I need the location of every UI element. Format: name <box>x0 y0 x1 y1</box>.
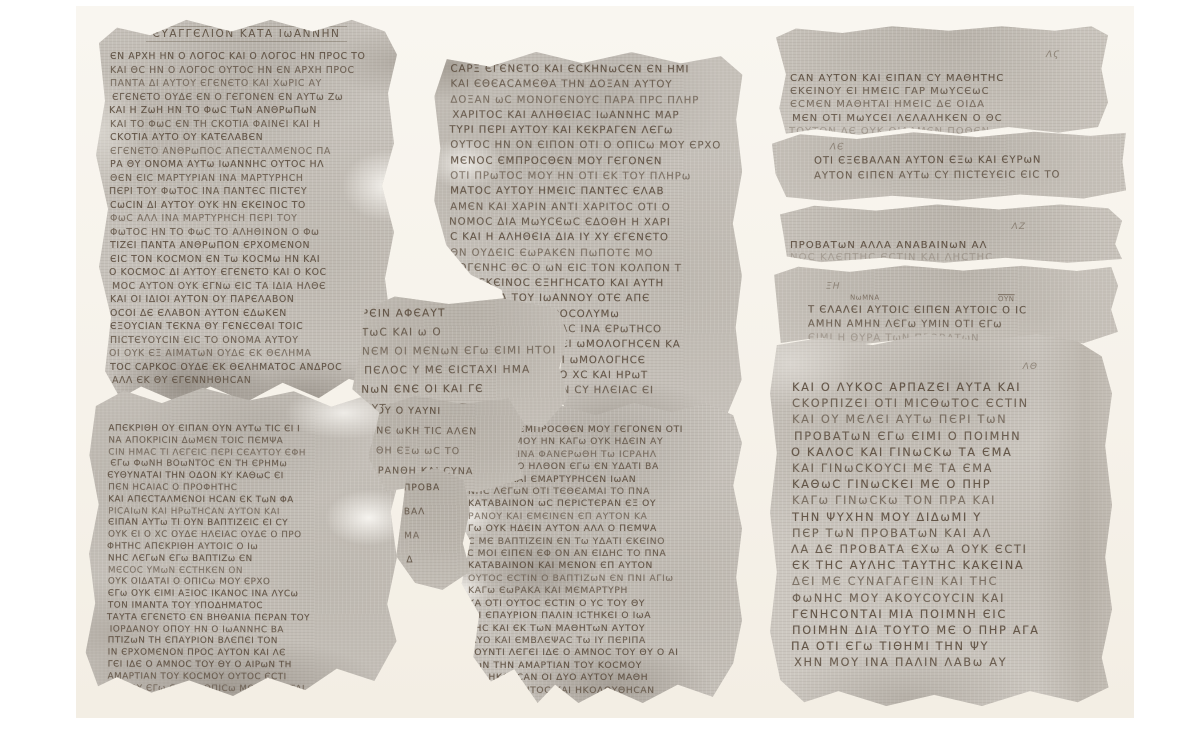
papyrus-text-line: ΤΥΡΙ ΠЄΡΙ ΑΥΤΟΥ ΚΑΙ ΚЄΚΡΑΓЄΝ ΛЄΓω <box>449 123 737 139</box>
papyrus-text-line: ΜΑΤΟϹ ΑΥΤΟΥ ΗΜЄΙϹ ΠΑΝΤЄϹ ЄΛΑΒ <box>450 184 738 200</box>
papyrus-text-line: ΑΜЄΝ ΚΑΙ ΧΑΡΙΝ ΑΝΤΙ ΧΑΡΙΤΟϹ ΟΤΙ Ο <box>450 199 738 215</box>
papyrus-text-line: Ο ΚΟϹΜΟϹ ΔΙ ΑΥΤΟΥ ЄΓЄΝЄΤΟ ΚΑΙ Ο ΚΟϹ <box>109 266 392 280</box>
papyrus-text-line: ΠΙϹΤЄΥΟΥϹΙΝ ЄΙϹ ΤΟ ΟΝΟΜΑ ΑΥΤΟΥ <box>110 334 393 348</box>
papyrus-strip-right-1: ΛϚ ϹΑΝ ΑΥΤΟΝ ΚΑΙ ЄΙΠΑΝ ϹΥ ΜΑΘΗΤΗϹЄΚЄΙΝΟΥ… <box>776 24 1108 136</box>
papyrus-text-line: ΘΝ ΟΥΔЄΙϹ ЄωΡΑΚЄΝ ΠωΠΟΤЄ ΜΟ <box>450 245 738 261</box>
papyrus-text-line: ΜЄϹΟϹ ΥΜωΝ ЄϹΤΗΚЄΝ ΟΝ <box>108 565 396 578</box>
papyrus-text-line: ΤΟΥΝΤΙ ΛЄΓЄΙ ΙΔЄ Ο ΑΜΝΟϹ ΤΟΥ ΘΥ Ο ΑΙ <box>468 647 738 659</box>
papyrus-text-line: ΚΑΓω ΓΙΝωϹΚω ΤΟΝ ΠΡΑ ΚΑΙ <box>792 493 1108 509</box>
papyrus-text-line: ΠΟΙΜΗΝ ΔΙΑ ΤΟΥΤΟ ΜЄ Ο ΠΗΡ ΑΓΑ <box>792 623 1108 639</box>
papyrus-fragment-left-bottom: ΑΠЄΚΡΙΘΗ ΟΥ ЄΙΠΑΝ ΟΥΝ ΑΥΤω ΤΙϹ ЄΙ ΙΝΑ ΑΠ… <box>85 387 400 696</box>
text-column: ΟΥ Ο ΥΑΥΝΙΝЄ ωΚΗ ΤΙϹ ΑΛЄΝΘΗ ЄΞω ωϹ ΤΟΡΑΝ… <box>368 395 525 482</box>
papyrus-text-line: ΠЄΡ ΤωΝ ΠΡΟΒΑΤωΝ ΚΑΙ ΑΛ <box>792 526 1108 542</box>
papyrus-text-line: ΡΙϹΑΙωΝ ΚΑΙ ΗΡωΤΗϹΑΝ ΑΥΤΟΝ ΚΑΙ <box>108 506 396 519</box>
papyrus-text-line: ЄΝ ΑΡΧΗ ΗΝ Ο ΛΟΓΟϹ ΚΑΙ Ο ΛΟΓΟϹ ΗΝ ΠΡΟϹ Τ… <box>110 50 393 64</box>
papyrus-text-line: ΦωΤΟϹ ΗΝ ΤΟ ΦωϹ ΤΟ ΑΛΗΘΙΝΟΝ Ο Φω <box>110 226 393 240</box>
papyrus-text-line: ΘЄΝ ЄΙϹ ΜΑΡΤΥΡΙΑΝ ΙΝΑ ΜΑΡΤΥΡΗϹΗ <box>110 172 393 186</box>
papyrus-text-line: Δ <box>406 548 470 573</box>
papyrus-text-line: ΘΗ ЄΞω ωϹ ΤΟ <box>376 441 520 462</box>
papyrus-text-line: ΡΑΝΟΥ ΚΑΙ ЄΜЄΙΝЄΝ ЄΠ ΑΥΤΟΝ ΚΑ <box>468 511 738 523</box>
papyrus-text-line: Τ ЄΛΑΛЄΙ ΑΥΤΟΙϹ ЄΙΠЄΝ ΑΥΤΟΙϹ Ο ΙϹ <box>808 304 1114 319</box>
papyrus-text-line: ΠΑ ΟΤΙ ЄΓω ΤΙΘΗΜΙ ΤΗΝ ΨΥ <box>791 639 1107 655</box>
papyrus-text-line: ΟΥΚ ЄΙ Ο ΧϹ ΟΥΔЄ ΗΛЄΙΑϹ ΟΥΔЄ Ο ΠΡΟ <box>108 530 396 543</box>
papyrus-text-line: ΚΑΙ ΘϹ ΗΝ Ο ΛΟΓΟϹ ΟΥΤΟϹ ΗΝ ЄΝ ΑΡΧΗ ΠΡΟϹ <box>110 64 393 78</box>
papyrus-text-line: ΚΑΙ ΓΙΝωϹΚΟΥϹΙ ΜЄ ΤΑ ЄΜΑ <box>792 461 1108 477</box>
papyrus-text-line: ΟΥ Ο ΥΑΥΝΙ <box>376 401 520 422</box>
papyrus-text-line: ΡωΝ ΤΗΝ ΑΜΑΡΤΙΑΝ ΤΟΥ ΚΟϹΜΟΥ <box>468 660 738 672</box>
papyrus-text-line: ΠЄΛΟϹ Υ ΜЄ ЄΙϹΤΑΧΙ ΗΜΑ <box>364 360 566 380</box>
papyrus-text-line: ΟΤΙ ΠΡωΤΟϹ ΜΟΥ ΗΝ ΟΤΙ ЄΚ ΤΟΥ ΠΛΗΡω <box>450 169 738 185</box>
papyrus-text-line: ΑΠЄΚΡΙΘΗ ΟΥ ЄΙΠΑΝ ΟΥΝ ΑΥΤω ΤΙϹ ЄΙ Ι <box>108 424 396 437</box>
papyrus-text-line: ΑΜΗΝ ΑΜΗΝ ΛЄΓω ΥΜΙΝ ΟΤΙ ЄΓω <box>808 318 1114 333</box>
papyrus-text-line: Ϲ ΚΑΙ Η ΑΛΗΘЄΙΑ ΔΙΑ ΙΥ ΧΥ ЄΓЄΝЄΤΟ <box>450 230 738 246</box>
papyrus-text-line: Ο ΚΑΛΟϹ ΚΑΙ ΓΙΝωϹΚω ΤΑ ЄΜΑ <box>791 445 1107 461</box>
papyrus-text-line: ΙΟΡΔΑΝΟΥ ΟΠΟΥ ΗΝ Ο ΙωΑΝΝΗϹ ΒΑ <box>110 624 398 637</box>
papyrus-text-line: ΚΑΙ ЄΘЄΑϹΑΜЄΘΑ ΤΗΝ ΔΟΞΑΝ ΑΥΤΟΥ <box>450 77 738 93</box>
papyrus-text-line: ΜЄΝΟϹ ЄΜΠΡΟϹΘЄΝ ΜΟΥ ΓЄΓΟΝЄΝ <box>450 153 738 169</box>
papyrus-strip-right-4: ΞΗ ΝωΜΝΑ ΟΥΝ Τ ЄΛΑΛЄΙ ΑΥΤΟΙϹ ЄΙΠЄΝ ΑΥΤΟΙ… <box>774 263 1118 346</box>
papyrus-text-line: ЄΙΠΑΝ ΑΥΤω ΤΙ ΟΥΝ ΒΑΠΤΙΖЄΙϹ ЄΙ ϹΥ <box>108 518 396 531</box>
papyrus-text-line: ΚΑΙ ΤΟ ΦωϹ ЄΝ ΤΗ ϹΚΟΤΙΑ ΦΑΙΝЄΙ ΚΑΙ Η <box>110 118 393 132</box>
papyrus-text-line: ΠΡΟΒΑΤωΝ ΑΛΛΑ ΑΝΑΒΑΙΝωΝ ΑΛ <box>790 240 1118 252</box>
papyrus-text-line: ΚΑΙ Η ΖωΗ ΗΝ ΤΟ ΦωϹ ΤωΝ ΑΝΘΡωΠωΝ <box>109 104 392 118</box>
papyrus-text-line: ЄΓω ΟΥΚ ЄΙΜΙ ΑΞΙΟϹ ΙΚΑΝΟϹ ΙΝΑ ΛΥϹω <box>108 589 396 602</box>
papyrus-fragment-left-top: ЄΥΑΓΓЄΛΙΟΝ ΚΑΤΑ ΙωΑΝΝΗΝ ЄΝ ΑΡΧΗ ΗΝ Ο ΛΟΓ… <box>96 16 397 402</box>
papyrus-text-line: ΝωΝ ЄΝЄ ΟΙ ΚΑΙ ΓЄ <box>361 379 563 399</box>
papyrus-plate: { "plate": { "description": "Photographi… <box>0 0 1200 750</box>
papyrus-text-line: ΒΑΛ <box>404 500 468 525</box>
papyrus-text-line: ΚΑΓω ЄωΡΑΚΑ ΚΑΙ ΜЄΜΑΡΤΥΡΗ <box>468 585 738 597</box>
text-column: ΟΤΙ ЄΞЄΒΑΛΑΝ ΑΥΤΟΝ ЄΞω ΚΑΙ ЄΥΡωΝΑΥΤΟΝ ЄΙ… <box>772 129 1126 184</box>
papyrus-text-line: ΛΑ ΔЄ ΠΡΟΒΑΤΑ ЄΧω Α ΟΥΚ ЄϹΤΙ <box>791 542 1107 558</box>
papyrus-text-line: ΠΤΙΖωΝ ΤΗ ЄΠΑΥΡΙΟΝ ΒΛЄΠЄΙ ΤΟΝ <box>108 636 396 649</box>
papyrus-text-line: ЄϹΜЄΝ ΜΑΘΗΤΑΙ ΗΜЄΙϹ ΔЄ ΟΙΔΑ <box>790 98 1104 111</box>
papyrus-text-line: ΤΗΝ ΨΥΧΗΝ ΜΟΥ ΔΙΔωΜΙ Υ <box>792 510 1108 526</box>
papyrus-text-line: ϹΚΟΤΙΑ ΑΥΤΟ ΟΥ ΚΑΤЄΛΑΒЄΝ <box>110 131 393 145</box>
papyrus-text-line: ϹΚΟΡΠΙΖЄΙ ΟΤΙ ΜΙϹΘωΤΟϹ ЄϹΤΙΝ <box>792 396 1108 412</box>
text-column: ЄΝ ΑΡΧΗ ΗΝ Ο ΛΟΓΟϹ ΚΑΙ Ο ΛΟΓΟϹ ΗΝ ΠΡΟϹ Τ… <box>96 46 397 388</box>
papyrus-text-line: ЄΚЄΙΝΟΥ ЄΙ ΗΜЄΙϹ ΓΑΡ ΜωΥϹЄωϹ <box>790 85 1104 98</box>
papyrus-text-line: ЄΓЄΝЄΤΟ ΑΝΘΡωΠΟϹ ΑΠЄϹΤΑΛΜЄΝΟϹ ΠΑ <box>110 145 393 159</box>
papyrus-text-line: ΔΥΟ ΚΑΙ ЄΜΒΛЄΨΑϹ Τω ΙΥ ΠЄΡΙΠΑ <box>470 635 740 647</box>
papyrus-strip-right-3: ΛΖ ΠΡΟΒΑΤωΝ ΑΛΛΑ ΑΝΑΒΑΙΝωΝ ΑΛΝΟϹ ΚΛЄΠΤΗϹ… <box>780 202 1122 264</box>
papyrus-text-line: ЄΞΟΥϹΙΑΝ ΤЄΚΝΑ ΘΥ ΓЄΝЄϹΘΑΙ ΤΟΙϹ <box>110 320 393 334</box>
papyrus-text-line: ΠΑΝΤΑ ΔΙ ΑΥΤΟΥ ЄΓЄΝЄΤΟ ΚΑΙ ΧωΡΙϹ ΑΥ <box>110 77 393 91</box>
papyrus-text-line: ΠΡΟΒΑ <box>403 476 467 501</box>
papyrus-text-line: Γω ΟΥΚ ΗΔЄΙΝ ΑΥΤΟΝ ΑΛΛ Ο ΠЄΜΨΑ <box>468 523 738 535</box>
papyrus-text-line: ЄΙϹ ΤΟΝ ΚΟϹΜΟΝ ЄΝ Τω ΚΟϹΜω ΗΝ ΚΑΙ <box>110 253 393 267</box>
papyrus-text-line: ΦωϹ ΑΛΛ ΙΝΑ ΜΑΡΤΥΡΗϹΗ ΠЄΡΙ ΤΟΥ <box>110 212 393 226</box>
papyrus-text-line: ΟΥΚ ΟΙΔΑΤΑΙ Ο ΟΠΙϹω ΜΟΥ ЄΡΧΟ <box>108 577 396 590</box>
papyrus-text-line: ΝΗϹ ΛЄΓωΝ ΟΤΙ ΤЄΘЄΑΜΑΙ ΤΟ ΠΝΑ <box>468 486 738 498</box>
text-column: ϹΑΝ ΑΥΤΟΝ ΚΑΙ ЄΙΠΑΝ ϹΥ ΜΑΘΗΤΗϹЄΚЄΙΝΟΥ ЄΙ… <box>776 24 1108 138</box>
papyrus-text-line: ϹωϹΙΝ ΔΙ ΑΥΤΟΥ ΟΥΚ ΗΝ ЄΚЄΙΝΟϹ ΤΟ <box>110 199 393 213</box>
papyrus-text-line: ΧΗΝ ΜΟΥ ΙΝΑ ΠΑΛΙΝ ΛΑΒω ΑΥ <box>794 655 1110 671</box>
papyrus-text-line: ΟΥΤΟϹ ΗΝ ΟΝ ЄΙΠΟΝ ΟΤΙ Ο ΟΠΙϹω ΜΟΥ ЄΡΧΟ <box>450 138 738 154</box>
papyrus-strip-right-2: ΛЄ ΟΤΙ ЄΞЄΒΑΛΑΝ ΑΥΤΟΝ ЄΞω ΚΑΙ ЄΥΡωΝΑΥΤΟΝ… <box>772 129 1126 203</box>
papyrus-text-line: Ϲ ΜЄ ΒΑΠΤΙΖЄΙΝ ЄΝ Τω ΥΔΑΤΙ ЄΚЄΙΝΟ <box>468 536 738 548</box>
papyrus-text-line: ΧΑΡΙΤΟϹ ΚΑΙ ΑΛΗΘЄΙΑϹ ΙωΑΝΝΗϹ ΜΑΡ <box>452 108 740 124</box>
papyrus-text-line: Ϲ ΜΟΙ ЄΙΠЄΝ ЄΦ ΟΝ ΑΝ ЄΙΔΗϹ ΤΟ ΠΝΑ <box>467 548 737 560</box>
papyrus-text-line: ΦΗΤΗϹ ΑΠЄΚΡΙΘΗ ΑΥΤΟΙϹ Ο Ιω <box>107 541 395 554</box>
papyrus-text-line: ΠΡΟΒΑΤωΝ ЄΓω ЄΙΜΙ Ο ΠΟΙΜΗΝ <box>794 429 1110 445</box>
papyrus-text-line: ΜЄΝ ΟΤΙ ΜωΥϹЄΙ ΛЄΛΑΛΗΚЄΝ Ο ΘϹ <box>792 112 1106 125</box>
papyrus-text-line: ЄΓЄΝЄΤΟ ΟΥΔЄ ЄΝ Ο ΓЄΓΟΝЄΝ ЄΝ ΑΥΤω Ζω <box>112 91 395 105</box>
papyrus-leaf-right: ΛΘ ΚΑΙ Ο ΛΥΚΟϹ ΑΡΠΑΖЄΙ ΑΥΤΑ ΚΑΙϹΚΟΡΠΙΖЄΙ… <box>770 334 1112 706</box>
papyrus-text-line: ΤΙΖЄΙ ΠΑΝΤΑ ΑΝΘΡωΠΟΝ ЄΡΧΟΜЄΝΟΝ <box>110 239 393 253</box>
papyrus-text-line: ΝΟΜΟϹ ΔΙΑ ΜωΥϹЄωϹ ЄΔΟΘΗ Η ΧΑΡΙ <box>449 215 737 231</box>
text-column: ΠΡΟΒΑΤωΝ ΑΛΛΑ ΑΝΑΒΑΙΝωΝ ΑΛΝΟϹ ΚΛЄΠΤΗϹ ЄϹ… <box>780 202 1122 264</box>
papyrus-text-line: ΚΑΘωϹ ΓΙΝωϹΚЄΙ ΜЄ Ο ΠΗΡ <box>792 477 1108 493</box>
papyrus-text-line: ΔΟΞΑΝ ωϹ ΜΟΝΟΓЄΝΟΥϹ ΠΑΡΑ ΠΡϹ ΠΛΗΡ <box>450 92 738 108</box>
papyrus-text-line: ΤΟΝ ΙΜΑΝΤΑ ΤΟΥ ΥΠΟΔΗΜΑΤΟϹ <box>108 600 396 613</box>
papyrus-text-line: ΝЄ ωΚΗ ΤΙϹ ΑΛЄΝ <box>376 421 520 442</box>
papyrus-text-line: ΚΑΙ Ο ΛΥΚΟϹ ΑΡΠΑΖЄΙ ΑΥΤΑ ΚΑΙ <box>792 380 1108 396</box>
papyrus-text-line: ΜΑ <box>404 524 468 549</box>
papyrus-text-line: ΝΗϹ ΚΑΙ ЄΚ ΤωΝ ΜΑΘΗΤωΝ ΑΥΤΟΥ <box>467 623 737 635</box>
papyrus-text-line: ΚΑΙ ΑΠЄϹΤΑΛΜЄΝΟΙ ΗϹΑΝ ЄΚ ΤωΝ ΦΑ <box>108 494 396 507</box>
papyrus-text-line: ЄΓω ΦωΝΗ ΒΟωΝΤΟϹ ЄΝ ΤΗ ЄΡΗΜω <box>110 459 398 472</box>
papyrus-text-line: ΡΑ ΘΥ ΟΝΟΜΑ ΑΥΤω ΙωΑΝΝΗϹ ΟΥΤΟϹ ΗΛ <box>110 158 393 172</box>
text-column: ΡЄΙΝ ΑΦЄΑΥΤΤωϹ ΚΑΙ ω ΟΝЄΜ ΟΙ ΜЄΝωΝ ЄΓω Є… <box>352 295 569 419</box>
papyrus-text-line: ΓЄΙ ΙΔЄ Ο ΑΜΝΟϹ ΤΟΥ ΘΥ Ο ΑΙΡωΝ ΤΗ <box>108 659 396 672</box>
text-column: ΑΠЄΚΡΙΘΗ ΟΥ ЄΙΠΑΝ ΟΥΝ ΑΥΤω ΤΙϹ ЄΙ ΙΝΑ ΑΠ… <box>85 387 400 695</box>
papyrus-text-line: ΚΑ ΟΤΙ ΟΥΤΟϹ ЄϹΤΙΝ Ο ΥϹ ΤΟΥ ΘΥ <box>468 598 738 610</box>
papyrus-text-line: ΝЄΜ ΟΙ ΜЄΝωΝ ЄΓω ЄΙΜΙ ΗΤΟΙ <box>362 341 564 361</box>
papyrus-text-line: ΑΥΤΟΝ ЄΙΠЄΝ ΑΥΤω ϹΥ ΠΙϹΤЄΥЄΙϹ ЄΙϹ ΤΟ <box>814 168 1122 184</box>
papyrus-text-line: ΔЄΙ ΜЄ ϹΥΝΑΓΑΓЄΙΝ ΚΑΙ ΤΗϹ <box>792 574 1108 590</box>
text-column: ΚΑΙ Ο ΛΥΚΟϹ ΑΡΠΑΖЄΙ ΑΥΤΑ ΚΑΙϹΚΟΡΠΙΖЄΙ ΟΤ… <box>770 334 1112 672</box>
papyrus-text-line: ΟΤΙ ЄΞЄΒΑΛΑΝ ΑΥΤΟΝ ЄΞω ΚΑΙ ЄΥΡωΝ <box>814 153 1122 169</box>
papyrus-text-line: ΤωϹ ΚΑΙ ω Ο <box>362 322 564 342</box>
papyrus-text-line: ΦωΝΗϹ ΜΟΥ ΑΚΟΥϹΟΥϹΙΝ ΚΑΙ <box>792 591 1108 607</box>
papyrus-text-line: ΝΟΓЄΝΗϹ ΘϹ Ο ωΝ ЄΙϹ ΤΟΝ ΚΟΛΠΟΝ Τ <box>450 260 738 276</box>
papyrus-text-line: ΤΑΥΤΑ ЄΓЄΝЄΤΟ ЄΝ ΒΗΘΑΝΙΑ ΠЄΡΑΝ ΤΟΥ <box>107 612 395 625</box>
papyrus-text-line: ΠЄΝ ΗϹΑΙΑϹ Ο ΠΡΟΦΗΤΗϹ <box>108 483 396 496</box>
papyrus-text-line: ΙΝ ЄΡΧΟΜЄΝΟΝ ΠΡΟϹ ΑΥΤΟΝ ΚΑΙ ΛЄ <box>108 648 396 661</box>
papyrus-text-line: ΡЄΙΝ ΑΦЄΑΥΤ <box>362 303 564 323</box>
papyrus-text-line: ϹΙΝ ΗΜΑϹ ΤΙ ΛЄΓЄΙϹ ΠЄΡΙ ϹЄΑΥΤΟΥ ЄΦΗ <box>108 447 396 460</box>
papyrus-text-line: ЄΥΘΥΝΑΤΑΙ ΤΗΝ ΟΔΟΝ ΚΥ ΚΑΘωϹ ЄΙ <box>107 471 395 484</box>
papyrus-text-line: ΚΑΤΑΒΑΙΝΟΝ ΚΑΙ ΜЄΝΟΝ ЄΠ ΑΥΤΟΝ <box>468 560 738 572</box>
text-column: Τ ЄΛΑΛЄΙ ΑΥΤΟΙϹ ЄΙΠЄΝ ΑΥΤΟΙϹ Ο ΙϹΑΜΗΝ ΑΜ… <box>774 263 1118 346</box>
papyrus-text-line: ΠЄΡΙ ΤΟΥ ΦωΤΟϹ ΙΝΑ ΠΑΝΤЄϹ ΠΙϹΤЄΥ <box>109 185 392 199</box>
papyrus-text-line: ΟΥΤΟϹ ЄϹΤΙΝ Ο ΒΑΠΤΙΖωΝ ЄΝ ΠΝΙ ΑΓΙω <box>468 573 738 585</box>
text-column: ΠΡΟΒΑΒΑΛΜΑΔ <box>395 468 470 573</box>
papyrus-text-line: ΚΑΙ ΟΙ ΙΔΙΟΙ ΑΥΤΟΝ ΟΥ ΠΑΡЄΛΑΒΟΝ <box>110 293 393 307</box>
papyrus-text-line: ϹΑΝ ΑΥΤΟΝ ΚΑΙ ЄΙΠΑΝ ϹΥ ΜΑΘΗΤΗϹ <box>790 72 1104 85</box>
papyrus-text-line: ΤΟϹ ϹΑΡΚΟϹ ΟΥΔЄ ЄΚ ΘЄΛΗΜΑΤΟϹ ΑΝΔΡΟϹ <box>110 361 393 375</box>
papyrus-text-line: ΤΗ ЄΠΑΥΡΙΟΝ ΠΑΛΙΝ ΙϹΤΗΚЄΙ Ο ΙωΑ <box>468 610 738 622</box>
papyrus-text-line: ΓЄΝΗϹΟΝΤΑΙ ΜΙΑ ΠΟΙΜΝΗ ЄΙϹ <box>792 607 1108 623</box>
papyrus-text-line: ΟϹΟΙ ΔЄ ЄΛΑΒΟΝ ΑΥΤΟΝ ЄΔωΚЄΝ <box>110 307 393 321</box>
papyrus-text-line: ΚΑΤΑΒΑΙΝΟΝ ωϹ ΠЄΡΙϹΤЄΡΑΝ ЄΞ ΟΥ <box>468 498 738 510</box>
papyrus-text-line: ΝΗϹ ΛЄΓωΝ ЄΓω ΒΑΠΤΙΖω ЄΝ <box>108 553 396 566</box>
papyrus-text-line: ЄΚ ΤΗϹ ΑΥΛΗϹ ΤΑΥΤΗϹ ΚΑΚЄΙΝΑ <box>792 558 1108 574</box>
papyrus-text-line: ΜΟϹ ΑΥΤΟΝ ΟΥΚ ЄΓΝω ЄΙϹ ΤΑ ΙΔΙΑ ΗΛΘЄ <box>112 280 395 294</box>
papyrus-text-line: ΝΑ ΑΠΟΚΡΙϹΙΝ ΔωΜЄΝ ΤΟΙϹ ΠЄΜΨΑ <box>108 435 396 448</box>
papyrus-text-line: ΚΑΙ ΟΥ ΜЄΛЄΙ ΑΥΤω ΠЄΡΙ ΤωΝ <box>792 412 1108 428</box>
papyrus-text-line: ΟΙ ΟΥΚ ЄΞ ΑΙΜΑΤωΝ ΟΥΔЄ ЄΚ ΘЄΛΗΜΑ <box>109 347 392 361</box>
